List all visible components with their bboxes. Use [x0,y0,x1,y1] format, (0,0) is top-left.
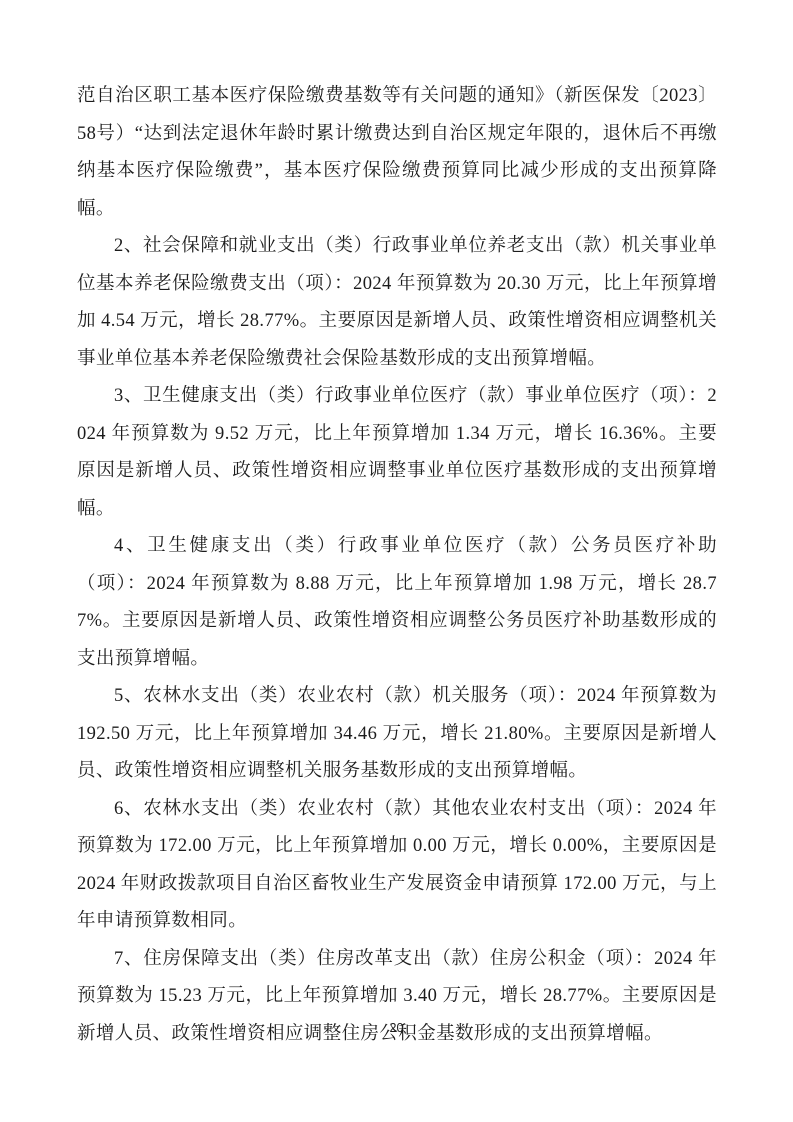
paragraph-5: 5、农林水支出（类）农业农村（款）机关服务（项）：2024 年预算数为 192.… [77,678,717,791]
paragraph-6: 6、农林水支出（类）农业农村（款）其他农业农村支出（项）：2024 年预算数为 … [77,791,717,941]
document-body-text: 范自治区职工基本医疗保险缴费基数等有关问题的通知》（新医保发〔2023〕58号）… [77,78,717,1053]
paragraph-3: 3、卫生健康支出（类）行政事业单位医疗（款）事业单位医疗（项）：2024 年预算… [77,378,717,528]
paragraph-2: 2、社会保障和就业支出（类）行政事业单位养老支出（款）机关事业单位基本养老保险缴… [77,228,717,378]
page-number: 20 [0,1021,793,1035]
paragraph-7: 7、住房保障支出（类）住房改革支出（款）住房公积金（项）：2024 年预算数为 … [77,941,717,1054]
paragraph-4: 4、卫生健康支出（类）行政事业单位医疗（款）公务员医疗补助（项）：2024 年预… [77,528,717,678]
paragraph-1: 范自治区职工基本医疗保险缴费基数等有关问题的通知》（新医保发〔2023〕58号）… [77,78,717,228]
document-page: 范自治区职工基本医疗保险缴费基数等有关问题的通知》（新医保发〔2023〕58号）… [0,0,793,1122]
